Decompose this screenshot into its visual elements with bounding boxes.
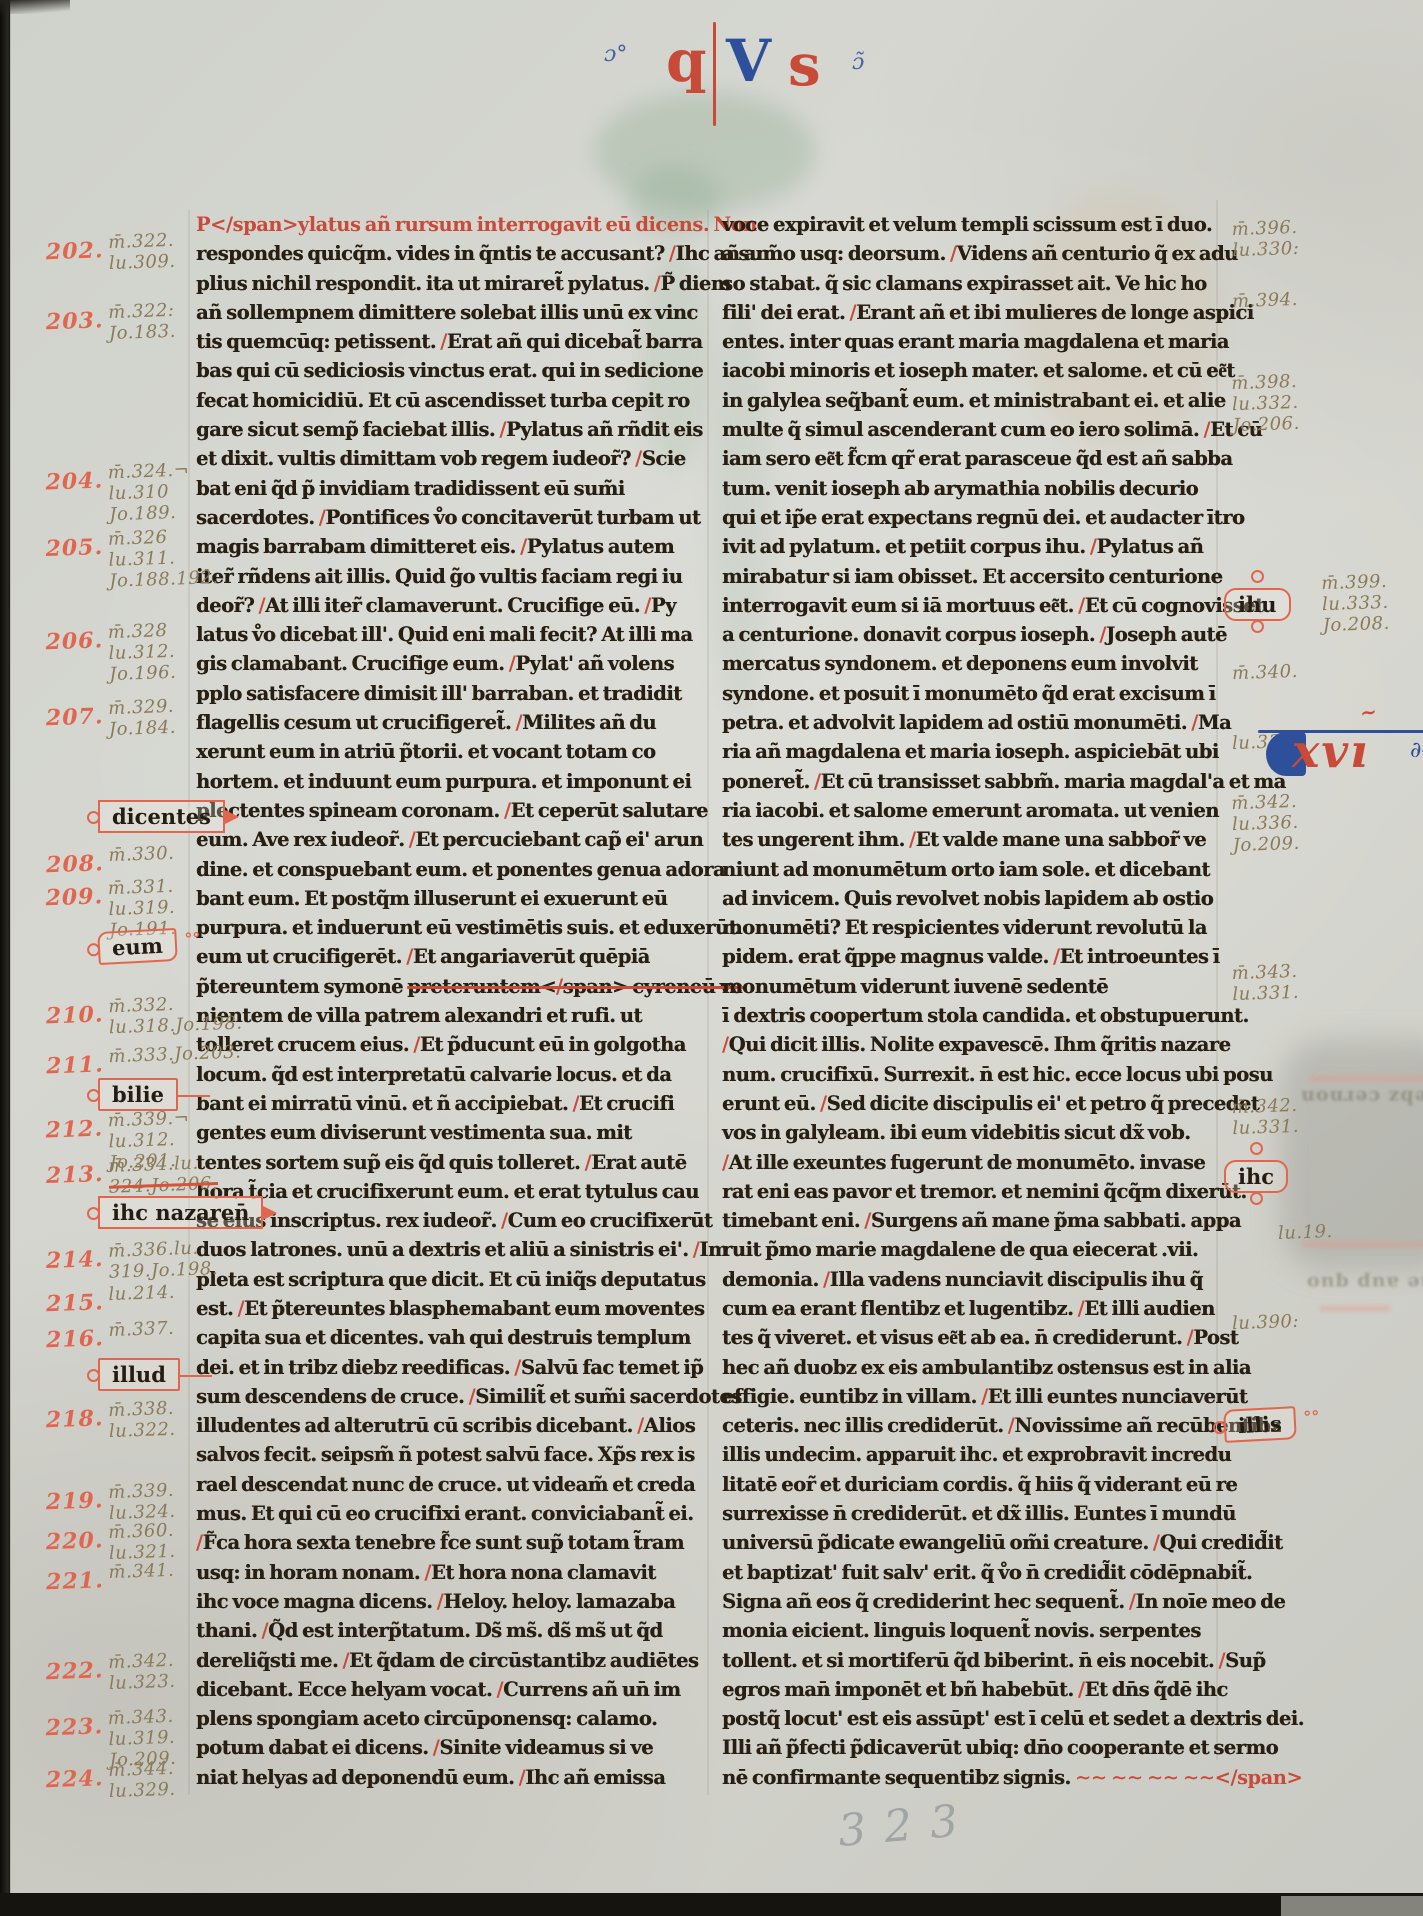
text-line: bat eni q̃d p̃ invidiam tradidissent eū … xyxy=(196,477,696,506)
text-line: tolleret crucem eius. /Et p̃ducunt eū in… xyxy=(196,1033,696,1062)
canon-reference: lu.19. xyxy=(1278,1221,1333,1244)
text-line: iam sero ee͂t f̃cm qr̃ erat parasceue q̃… xyxy=(722,447,1214,476)
section-number: 207. xyxy=(46,706,104,728)
text-line: /Qui dicit illis. Nolite expavescē. Ihm … xyxy=(722,1033,1214,1062)
showthrough-ghost-text: ni que aup quo xyxy=(1306,1272,1423,1294)
margin-reference-group: 210.m̄.332.lu.318.Jo.198. xyxy=(45,992,243,1041)
text-line: fili' dei erat. /Erant añ et ibi muliere… xyxy=(722,301,1214,330)
canon-reference: m̄.333.Jo.203. xyxy=(108,1042,242,1068)
text-line: timebant eni. /Surgens añ mane p̃ma sabb… xyxy=(722,1209,1214,1238)
canon-reference: m̄.343. xyxy=(1231,961,1298,984)
margin-reference-group: 220.m̄.360.lu.321. xyxy=(45,1520,176,1566)
text-line: dine. et conspuebant eum. et ponentes ge… xyxy=(196,858,696,887)
section-number: 206. xyxy=(45,630,103,652)
margin-reference-group: 224.m̄.344.lu.329. xyxy=(45,1758,176,1804)
text-line: rat eni eas pavor et tremor. et nemini q… xyxy=(722,1180,1214,1209)
margin-reference-group: m̄.342.lu.336.Jo.209. xyxy=(1231,791,1300,856)
margin-reference-group: lu.390: xyxy=(1232,1311,1300,1334)
running-title-letter-s: s xyxy=(788,36,821,94)
text-line: usq: in horam nonam. /Et hora nona clama… xyxy=(196,1561,696,1590)
margin-reference-group: 203.m̄.322:Jo.183. xyxy=(45,300,176,346)
text-line: potum dabat ei dicens. /Sinite videamus … xyxy=(196,1736,696,1765)
text-line: sum descendens de cruce. /Similit̃ et su… xyxy=(196,1385,696,1414)
text-line: qui et ip̃e erat expectans regnū dei. et… xyxy=(722,506,1214,535)
text-line: illis undecim. apparuit ihc. et exprobra… xyxy=(722,1443,1214,1472)
margin-cartouche: bilie xyxy=(98,1078,178,1111)
text-line: bant ei mirratū vinū. et ñ accipiebat. /… xyxy=(196,1092,696,1121)
text-line: vos in galyleam. ibi eum videbitis sicut… xyxy=(722,1121,1214,1150)
text-line: Signa añ eos q̃ crediderint hec sequent̃… xyxy=(722,1590,1214,1619)
showthrough-red-line xyxy=(1320,1306,1390,1311)
photo-corner-topleft xyxy=(0,0,70,14)
text-line: et dixit. vultis dimittam vob regem iude… xyxy=(196,447,696,476)
margin-reference-group: m̄.343.lu.331. xyxy=(1231,961,1299,1005)
text-line: latus v̊o dicebat ill'. Quid eni mali fe… xyxy=(196,623,696,652)
photo-edge-bottom xyxy=(0,1893,1423,1916)
section-number: 212. xyxy=(45,1119,103,1141)
text-line: a sum̃o usq: deorsum. /Videns añ centuri… xyxy=(722,242,1214,271)
text-line: petra. et advolvit lapidem ad ostiū monu… xyxy=(722,711,1214,740)
canon-reference: m̄.396. xyxy=(1231,217,1299,240)
showthrough-red-line xyxy=(1302,1242,1423,1247)
canon-reference: lu.312. xyxy=(108,1128,190,1152)
canon-reference: lu.309. xyxy=(109,251,176,274)
canon-reference: Jo.196. xyxy=(109,662,177,685)
text-line: pleta est scriptura que dicit. Et cū ini… xyxy=(196,1268,696,1297)
manuscript-photo: montebz cernon ni que aup quo ɔ° q V s ɔ… xyxy=(0,0,1423,1916)
margin-reference-group: 222.m̄.342.lu.323. xyxy=(45,1650,176,1696)
margin-reference-group: 215.lu.214. xyxy=(46,1282,176,1314)
photo-edge-left xyxy=(0,0,11,1916)
section-number: 221. xyxy=(46,1570,104,1592)
text-line: ceteris. nec illis crediderūt. /Novissim… xyxy=(722,1414,1214,1443)
showthrough-red-line xyxy=(1310,1076,1423,1081)
text-line: poneret̃. /Et cū transisset sabbm̃. mari… xyxy=(722,770,1214,799)
canon-reference: Jo.184. xyxy=(109,717,177,740)
canon-reference: m̄.342. xyxy=(1231,791,1299,814)
text-line: niat helyas ad deponendū eum. /Ihc añ em… xyxy=(196,1766,696,1795)
text-line: plens spongiam aceto circūponensq: calam… xyxy=(196,1707,696,1736)
text-line: ī dextris coopertum stola candida. et ob… xyxy=(722,1004,1214,1033)
text-line: gentes eum diviserunt vestimenta sua. mi… xyxy=(196,1121,696,1150)
canon-reference: 324.Jo.206. xyxy=(109,1173,219,1198)
text-line: illudentes ad alterutrū cū scribis diceb… xyxy=(196,1414,696,1443)
canon-reference: lu.323. xyxy=(109,1671,176,1694)
text-line: Illi añ p̃fecti p̃dicaverūt ubiq: dn̄o c… xyxy=(722,1736,1214,1765)
section-number: 224. xyxy=(46,1768,104,1790)
canon-reference: lu.333. xyxy=(1322,592,1390,615)
margin-reference-group: 214.m̄.336.lu.319.Jo.198. xyxy=(45,1237,218,1285)
canon-reference: Jo.209. xyxy=(1232,833,1300,856)
chapter-marker-blue-tail: ∂- xyxy=(1410,738,1423,763)
section-number: 218. xyxy=(46,1408,104,1430)
text-line: dicebant. Ecce helyam vocat. /Currens añ… xyxy=(196,1678,696,1707)
margin-reference-group: 219.m̄.339.lu.324. xyxy=(45,1480,176,1526)
margin-reference-group: 208.m̄.330. xyxy=(46,843,175,875)
canon-reference: lu.322. xyxy=(109,1419,176,1442)
text-line: /At ille exeuntes fugerunt de monumēto. … xyxy=(722,1151,1214,1180)
text-line: ria añ magdalena et maria ioseph. aspici… xyxy=(722,740,1214,769)
running-title-red-bar xyxy=(713,22,716,126)
text-line: eum. Ave rex iudeor̃. /Et percuciebant c… xyxy=(196,828,696,857)
section-number: 223. xyxy=(45,1716,103,1738)
text-line: monia eicient. linguis loquent̃ novis. s… xyxy=(722,1619,1214,1648)
text-line: p̃tereuntem symonē preteruntem</span> cy… xyxy=(196,975,696,1004)
margin-reference-group: m̄.398.lu.332.Jo.206. xyxy=(1231,371,1300,436)
canon-reference: 319.Jo.198. xyxy=(109,1258,219,1283)
text-line: ria iacobi. et salome emerunt aromata. u… xyxy=(722,799,1214,828)
canon-reference: lu.329. xyxy=(109,1779,176,1802)
section-number: 222. xyxy=(46,1660,104,1682)
section-number: 219. xyxy=(46,1490,104,1512)
canon-reference: lu.214. xyxy=(108,1282,175,1305)
text-line: tentes sortem sup̃ eis q̃d quis tolleret… xyxy=(196,1151,696,1180)
text-line: gis clamabant. Crucifige eum. /Pylat' añ… xyxy=(196,652,696,681)
text-line: eum ut crucifigerēt. /Et angariaverūt qu… xyxy=(196,945,696,974)
section-number: 205. xyxy=(45,537,103,559)
canon-reference: m̄.340. xyxy=(1232,661,1299,684)
text-line: nē confirmante sequentibz signis. ∼∼ ∼∼ … xyxy=(722,1766,1214,1795)
text-line: rael descendat nunc de cruce. ut videam̃… xyxy=(196,1473,696,1502)
text-line: so stabat. q̃ sic clamans expirasset ait… xyxy=(722,272,1214,301)
canon-reference: m̄.360. xyxy=(108,1520,175,1543)
showthrough-ghost-text: montebz cernon xyxy=(1300,1086,1423,1108)
text-line: purpura. et induerunt eū vestimētis suis… xyxy=(196,916,696,945)
parchment-page: montebz cernon ni que aup quo ɔ° q V s ɔ… xyxy=(10,0,1423,1894)
margin-reference-group: 216.m̄.337. xyxy=(46,1318,175,1350)
text-column-right: voce expiravit et velum templi scissum e… xyxy=(722,213,1214,1795)
canon-reference: lu.390: xyxy=(1232,1311,1300,1334)
section-number: 216. xyxy=(46,1328,104,1350)
canon-reference: m̄.339.¬ xyxy=(108,1108,190,1132)
text-line: gare sicut semp̃ faciebat illis. /Pylatu… xyxy=(196,418,696,447)
text-line: tum. venit ioseph ab arymathia nobilis d… xyxy=(722,477,1214,506)
text-line: mirabatur si iam obisset. Et accersito c… xyxy=(722,565,1214,594)
canon-reference: m̄.343. xyxy=(107,1706,175,1729)
text-line: effigie. euntibz in villam. /Et illi eun… xyxy=(722,1385,1214,1414)
canon-reference: Jo.206. xyxy=(1232,413,1300,436)
header-right-flourish: ɔ̃ xyxy=(852,50,864,75)
text-line: postq̃ locut' est eis assūpt' est ī celū… xyxy=(722,1707,1214,1736)
canon-reference: m̄.337. xyxy=(108,1318,175,1341)
text-line: deor̃? /At illi iter̃ clamaverunt. Cruci… xyxy=(196,594,696,623)
canon-reference: m̄.399. xyxy=(1321,571,1389,594)
text-line: tis quemcūq: petissent. /Erat añ qui dic… xyxy=(196,330,696,359)
canon-reference: lu.332. xyxy=(1232,392,1300,415)
text-line: bas qui cū sediciosis vinctus erat. qui … xyxy=(196,359,696,388)
text-line: pplo satisfacere dimisit ill' barraban. … xyxy=(196,682,696,711)
canon-reference: Jo.188.192. xyxy=(109,567,219,592)
text-line: pidem. erat q̃ppe magnus valde. /Et intr… xyxy=(722,945,1214,974)
text-line: añ sollempnem dimittere solebat illis un… xyxy=(196,301,696,330)
text-line: thani. /Q̃d est interp̃tatum. Ds̃ ms̃. d… xyxy=(196,1619,696,1648)
canon-reference: lu.331. xyxy=(1232,982,1299,1005)
section-number: 204. xyxy=(45,471,103,493)
text-line: hec añ duobz ex eis ambulantibz ostensus… xyxy=(722,1356,1214,1385)
text-column-left: P</span>ylatus añ rursum interrogavit eū… xyxy=(196,213,696,1795)
canon-reference: m̄.322. xyxy=(108,230,175,253)
margin-reference-group: 204.m̄.324.¬lu.310Jo.189. xyxy=(45,460,191,528)
text-line: iter̃ rñdens ait illis. Quid g̃o vultis … xyxy=(196,565,696,594)
text-line: salvos fecit. seipsm̃ ñ potest salvū fac… xyxy=(196,1443,696,1472)
section-number: 210. xyxy=(46,1004,104,1026)
text-line: capita sua et dicentes. vah qui destruis… xyxy=(196,1326,696,1355)
canon-reference: m̄.339. xyxy=(108,1480,175,1503)
canon-reference: Jo.189. xyxy=(109,501,191,525)
margin-reference-group: m̄.340. xyxy=(1232,661,1299,684)
text-line: flagellis cesum ut crucifigeret̃. /Milit… xyxy=(196,711,696,740)
running-title-letter-v: V xyxy=(726,32,771,90)
margin-reference-group: m̄.396.lu.330: xyxy=(1231,217,1299,261)
margin-cartouche: ihc nazaren̄ xyxy=(98,1196,263,1229)
text-line: cum ea erant flentibz et lugentibz. /Et … xyxy=(722,1297,1214,1326)
canon-reference: lu.312. xyxy=(108,641,176,664)
text-line: tes q̃ viveret. et visus ee͂t ab ea. n̄ … xyxy=(722,1326,1214,1355)
section-number: 214. xyxy=(46,1249,104,1271)
margin-reference-group: lu.19. xyxy=(1278,1221,1333,1244)
folio-number-pencil: 323 xyxy=(836,1794,978,1857)
text-line: plius nichil respondit. ita ut miraret̃ … xyxy=(196,272,696,301)
header-left-flourish: ɔ° xyxy=(604,42,627,67)
canon-reference: m̄.331. xyxy=(107,876,175,899)
margin-cartouche: ihu xyxy=(1224,588,1291,621)
text-line: fecat homicidiū. Et cū ascendisset turba… xyxy=(196,389,696,418)
text-line: demonia. /Illa vadens nunciavit discipul… xyxy=(722,1268,1214,1297)
text-line: monumēti? Et respicientes viderunt revol… xyxy=(722,916,1214,945)
section-number: 203. xyxy=(46,310,104,332)
text-line: mus. Et qui cū eo crucifixi erant. convi… xyxy=(196,1502,696,1531)
canon-reference: Jo.183. xyxy=(109,321,177,344)
canon-reference: m̄.329. xyxy=(108,696,176,719)
margin-cartouche: ihc xyxy=(1224,1160,1288,1193)
canon-reference: lu.319. xyxy=(108,897,176,920)
text-line: ivit ad pylatum. et petiit corpus ihu. /… xyxy=(722,535,1214,564)
text-line: universū p̃dicate ewangeliū om̃i creatur… xyxy=(722,1531,1214,1560)
margin-reference-group: 207.m̄.329.Jo.184. xyxy=(45,696,176,742)
chapter-marker-red-caret: ~ xyxy=(1358,699,1378,725)
canon-reference: m̄.344. xyxy=(108,1758,175,1781)
margin-reference-group: m̄.394. xyxy=(1232,289,1299,312)
canon-reference: m̄.338. xyxy=(108,1398,175,1421)
text-line: est. /Et p̃tereuntes blasphemabant eum m… xyxy=(196,1297,696,1326)
text-line: litatē eor̃ et duriciam cordis. q̃ hiis … xyxy=(722,1473,1214,1502)
chapter-xvi-marker: ~ xvı ∂- xyxy=(1258,698,1423,788)
margin-reference-group: m̄.399.lu.333.Jo.208. xyxy=(1321,571,1390,636)
text-line: locum. q̃d est interpretatū calvarie loc… xyxy=(196,1063,696,1092)
margin-cartouche: eum xyxy=(97,928,177,965)
section-number: 215. xyxy=(46,1292,104,1314)
margin-reference-group: m̄.342.lu.331. xyxy=(1231,1095,1299,1139)
canon-reference: m̄.324.¬ xyxy=(108,460,190,484)
margin-reference-group: 205.m̄.326lu.311.Jo.188.192. xyxy=(45,525,219,594)
canon-reference: m̄.328 xyxy=(107,620,175,643)
canon-reference: m̄.322: xyxy=(108,300,176,323)
section-number: 209. xyxy=(45,886,103,908)
text-line: syndone. et posuit ī monumēto q̃d erat e… xyxy=(722,682,1214,711)
margin-cartouche: illis xyxy=(1223,1406,1296,1443)
margin-cartouche: illud xyxy=(98,1358,180,1391)
text-line: duos latrones. unū a dextris et aliū a s… xyxy=(196,1238,696,1267)
text-line: in galylea seq̃bant̃ eum. et ministraban… xyxy=(722,389,1214,418)
text-line: plectentes spineam coronam. /Et ceperūt … xyxy=(196,799,696,828)
canon-reference: Jo.208. xyxy=(1322,613,1390,636)
canon-reference: lu.336. xyxy=(1232,812,1300,835)
text-line: sacerdotes. /Pontifices v̊o concitaverūt… xyxy=(196,506,696,535)
canon-reference: m̄.342. xyxy=(1231,1095,1298,1118)
margin-reference-group: 202.m̄.322.lu.309. xyxy=(45,230,176,276)
text-line: /F̃ca hora sexta tenebre f̃ce sunt sup̃ … xyxy=(196,1531,696,1560)
text-line: surrexisse n̄ crediderūt. et dx̃ illis. … xyxy=(722,1502,1214,1531)
text-line: voce expiravit et velum templi scissum e… xyxy=(722,213,1214,242)
canon-reference: lu.319. xyxy=(108,1727,176,1750)
text-line: tollent. et si mortiferū q̃d biberint. n… xyxy=(722,1649,1214,1678)
text-line: entes. inter quas erant maria magdalena … xyxy=(722,330,1214,359)
text-line: nientem de villa patrem alexandri et ruf… xyxy=(196,1004,696,1033)
text-line: ihc voce magna dicens. /Heloy. heloy. la… xyxy=(196,1590,696,1619)
section-number: 208. xyxy=(46,853,104,875)
section-number: 202. xyxy=(46,240,104,262)
text-line: ruit p̃mo marie magdalene de qua eiecera… xyxy=(722,1238,1214,1267)
text-line: mercatus syndonem. et deponens eum invol… xyxy=(722,652,1214,681)
canon-reference: lu.331. xyxy=(1232,1116,1299,1139)
canon-reference: m̄.342. xyxy=(108,1650,175,1673)
canon-reference: m̄.341. xyxy=(108,1560,175,1583)
margin-cartouche: dicentes xyxy=(98,800,225,833)
text-line: iacobi minoris et ioseph mater. et salom… xyxy=(722,359,1214,388)
text-line: egros man̄ imponēt et bñ habebūt. /Et dn… xyxy=(722,1678,1214,1707)
text-line: et baptizat' fuit salv' erit. q̃ v̊o n̄ … xyxy=(722,1561,1214,1590)
text-line: xerunt eum in atriū p̃torii. et vocant t… xyxy=(196,740,696,769)
margin-reference-group: 213.m̄.334.lu.324.Jo.206. xyxy=(45,1152,218,1200)
running-title: ɔ° q V s ɔ̃ xyxy=(570,14,930,124)
text-line: a centurione. donavit corpus ioseph. /Jo… xyxy=(722,623,1214,652)
margin-reference-group: 206.m̄.328lu.312.Jo.196. xyxy=(45,620,177,687)
text-line: respondes quicq̃m. vides in q̃ntis te ac… xyxy=(196,242,696,271)
text-line: num. crucifixū. Surrexit. n̄ est hic. ec… xyxy=(722,1063,1214,1092)
text-line: dei. et in tribz diebz reedificas. /Salv… xyxy=(196,1356,696,1385)
section-number: 213. xyxy=(46,1164,104,1186)
text-line: tes ungerent ihm. /Et valde mane una sab… xyxy=(722,828,1214,857)
canon-reference: lu.310 xyxy=(108,480,190,504)
text-line: multe q̃ simul ascenderant cum eo iero s… xyxy=(722,418,1214,447)
text-line: monumētum viderunt iuvenē sedentē xyxy=(722,975,1214,1004)
text-line: bant eum. Et postq̃m illuserunt ei exuer… xyxy=(196,887,696,916)
margin-reference-group: 221.m̄.341. xyxy=(46,1560,175,1592)
chapter-number: xvı xyxy=(1292,724,1370,778)
text-line: ad invicem. Quis revolvet nobis lapidem … xyxy=(722,887,1214,916)
canon-reference: m̄.394. xyxy=(1232,289,1299,312)
text-line: niunt ad monumētum orto iam sole. et dic… xyxy=(722,858,1214,887)
canon-reference: m̄.398. xyxy=(1231,371,1299,394)
section-number: 220. xyxy=(46,1530,104,1552)
ruling-line-gutter xyxy=(707,210,709,1795)
canon-reference: lu.330: xyxy=(1232,238,1300,261)
text-line: magis barrabam dimitteret eis. /Pylatus … xyxy=(196,535,696,564)
text-line: hortem. et induunt eum purpura. et impon… xyxy=(196,770,696,799)
margin-reference-group: 218.m̄.338.lu.322. xyxy=(45,1398,176,1444)
text-line: dereliq̃sti me. /Et q̃dam de circūstanti… xyxy=(196,1649,696,1678)
text-line: erunt eū. /Sed dicite discipulis ei' et … xyxy=(722,1092,1214,1121)
text-line: P</span>ylatus añ rursum interrogavit eū… xyxy=(196,213,696,242)
running-title-letter-q: q xyxy=(666,32,707,90)
photo-edge-bottom-notch xyxy=(1281,1896,1423,1916)
text-line: interrogavit eum si iā mortuus ee͂t. /Et… xyxy=(722,594,1214,623)
section-number: 211. xyxy=(46,1054,104,1076)
canon-reference: m̄.330. xyxy=(108,843,175,866)
